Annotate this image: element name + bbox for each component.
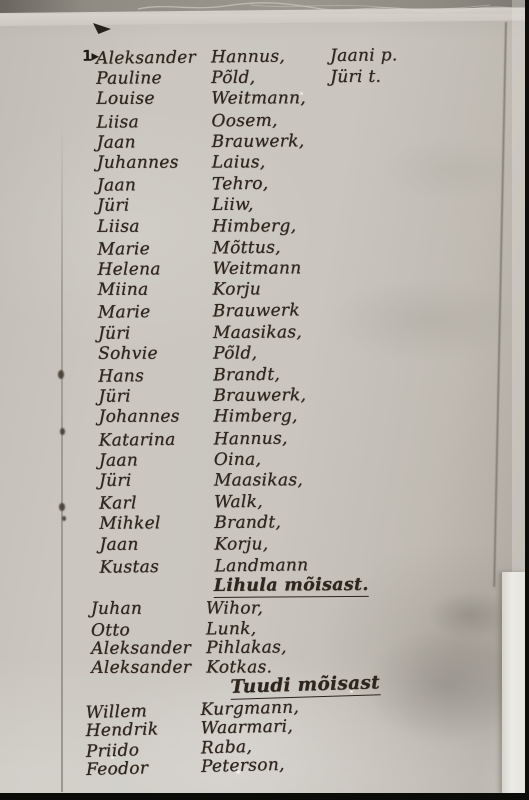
list-item: Jüri Liiw, <box>97 193 527 218</box>
surname: Wihor, <box>206 598 263 618</box>
surname: Tehro, <box>212 174 269 195</box>
first-name: Jüri <box>97 196 130 216</box>
surname: Brauwerk, <box>212 131 305 152</box>
first-name: Jaan <box>99 450 138 470</box>
surname: Korju <box>213 280 261 300</box>
first-name: Aleksander <box>91 657 191 677</box>
surname: Himberg, <box>213 407 297 427</box>
first-name: Juhan <box>91 599 142 619</box>
first-name: Sohvie <box>98 343 158 363</box>
section-label: Lihula mõisast. <box>214 575 369 598</box>
surname: Hannus, <box>211 47 285 68</box>
surname: Pihlakas, <box>206 637 287 658</box>
first-name: Katarina <box>99 429 176 450</box>
first-name: Mihkel <box>99 514 161 534</box>
first-name: Aleksander <box>91 638 191 659</box>
surname: Walk, <box>214 492 263 513</box>
first-name: Johannes <box>98 407 179 427</box>
first-name: Otto <box>91 620 130 640</box>
list-item: Jaan Oina, <box>99 448 529 473</box>
first-name: Miina <box>98 280 149 300</box>
first-name: Louise <box>96 89 155 109</box>
surname: Weitmann, <box>211 89 306 109</box>
first-name: Aleksander <box>96 48 196 69</box>
list-item: Mihkel Brandt, <box>99 511 529 536</box>
first-name: Jüri <box>99 471 132 491</box>
surname: Weitmann <box>212 258 301 279</box>
first-name: Juhannes <box>97 153 179 173</box>
list-item: Jüri Maasikas, <box>98 320 528 345</box>
surname: Oina, <box>214 449 262 469</box>
first-name: Liisa <box>96 112 139 132</box>
surname: Põld, <box>213 343 257 363</box>
first-name: Pauline <box>96 68 162 88</box>
first-name: Liisa <box>97 216 140 236</box>
first-name: Jüri <box>98 323 131 343</box>
surname: Himberg, <box>212 216 296 236</box>
first-name: Helena <box>97 259 160 279</box>
first-name: Marie <box>98 302 151 323</box>
photograph-of-document: 1▸ Aleksander Hannus, Jaani p. Pauline P… <box>0 0 529 800</box>
surname: Peterson, <box>201 755 285 777</box>
section-heading: Lihula mõisast. <box>100 574 529 599</box>
first-name: Karl <box>99 493 137 513</box>
first-name: Jaan <box>99 534 138 554</box>
patronymic: Jaani p. <box>330 45 398 66</box>
first-name: Hans <box>98 366 144 387</box>
first-name: Feodor <box>86 758 149 780</box>
list-item: Jaan Brauwerk, <box>97 130 527 155</box>
surname: Maasikas, <box>214 470 303 490</box>
first-name: Kustas <box>99 557 159 578</box>
first-name: Jaan <box>97 175 136 195</box>
surname: Kotkas. <box>206 657 272 677</box>
surname: Brandt, <box>213 365 280 386</box>
surname: Liiw, <box>212 195 254 215</box>
surname: Maasikas, <box>213 322 302 343</box>
patronymic: Jüri t. <box>330 67 381 87</box>
surname: Lunk, <box>206 618 257 639</box>
surname: Brauwerk <box>213 301 300 322</box>
handwritten-list: 1▸ Aleksander Hannus, Jaani p. Pauline P… <box>0 0 529 800</box>
first-name: Marie <box>97 239 150 260</box>
surname: Brandt, <box>214 513 281 533</box>
surname: Hannus, <box>214 428 288 449</box>
surname: Oosem, <box>211 110 278 131</box>
surname: Laius, <box>212 152 266 172</box>
surname: Korju, <box>214 534 268 554</box>
surname: Mõttus, <box>212 237 281 258</box>
first-name: Jaan <box>97 132 136 152</box>
surname: Põld, <box>211 68 255 88</box>
surname: Brauwerk, <box>213 385 306 406</box>
first-name: Hendrik <box>85 719 158 741</box>
surname: Landmann <box>214 555 308 576</box>
first-name: Jüri <box>98 387 131 407</box>
